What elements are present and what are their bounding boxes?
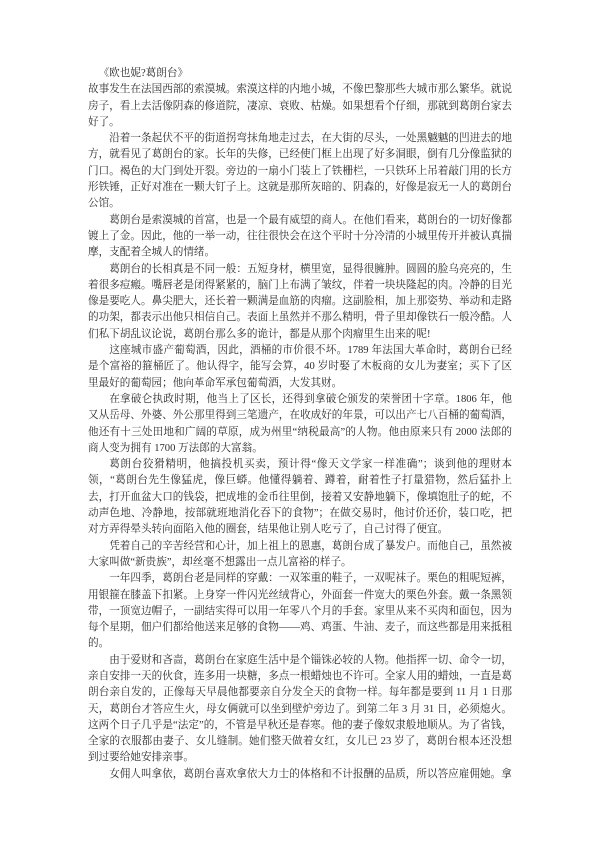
paragraph-wine-city: 这座城市盛产葡萄酒，因此，酒桶的市价很不坏。1789 年法国大革命时，葛朗台已经… — [88, 343, 512, 392]
document-page: 《欧也妮?葛朗台》 故事发生在法国西部的索漠城。索漠这样的内地小城，不像巴黎那些… — [0, 0, 600, 850]
paragraph-new-noble: 凭着自己的辛苦经营和心计，加上祖上的恩惠，葛朗台成了暴发户。而他自己，虽然被大家… — [88, 539, 512, 572]
paragraph-household-stinginess: 由于爱财和吝啬，葛朗台在家庭生活中是个锱铢必较的人物。他指挥一切、命令一切，亲自… — [88, 653, 512, 767]
paragraph-clothing: 一年四季，葛朗台老是同样的穿戴：一双笨重的鞋子，一双呢袜子。栗色的粗呢短裤，用银… — [88, 571, 512, 652]
document-body: 《欧也妮?葛朗台》 故事发生在法国西部的索漠城。索漠这样的内地小城，不像巴黎那些… — [88, 66, 512, 783]
paragraph-appearance: 葛朗台的长相真是不同一般：五短身材，横里宽，显得很臃肿。圆圆的脸乌亮亮的，生着很… — [88, 262, 512, 343]
paragraph-cunning-trader: 葛朗台狡猾精明，他搞投机买卖，预计得“像天文学家一样准确”；谈到他的理财本领，“… — [88, 457, 512, 538]
paragraph-house-description: 沿着一条起伏不平的街道拐弯抹角地走过去，在大街的尽头，一处黑魆魆的凹进去的地方，… — [88, 131, 512, 212]
paragraph-richest-man: 葛朗台是索漠城的首富，也是一个最有威望的商人。在他们看来，葛朗台的一切好像都镀上… — [88, 213, 512, 262]
paragraph-maid: 女佣人叫拿依，葛朗台喜欢拿依大力士的体格和不计报酬的品质，所以答应雇佣她。拿 — [88, 767, 512, 783]
document-title: 《欧也妮?葛朗台》 — [88, 66, 512, 82]
paragraph-napoleon-era: 在拿破仑执政时期，他当上了区长，还得到拿破仑颁发的荣誉团十字章。1806 年，他… — [88, 392, 512, 457]
paragraph-story-intro: 故事发生在法国西部的索漠城。索漠这样的内地小城，不像巴黎那些大城市那么繁华。就说… — [88, 82, 512, 131]
